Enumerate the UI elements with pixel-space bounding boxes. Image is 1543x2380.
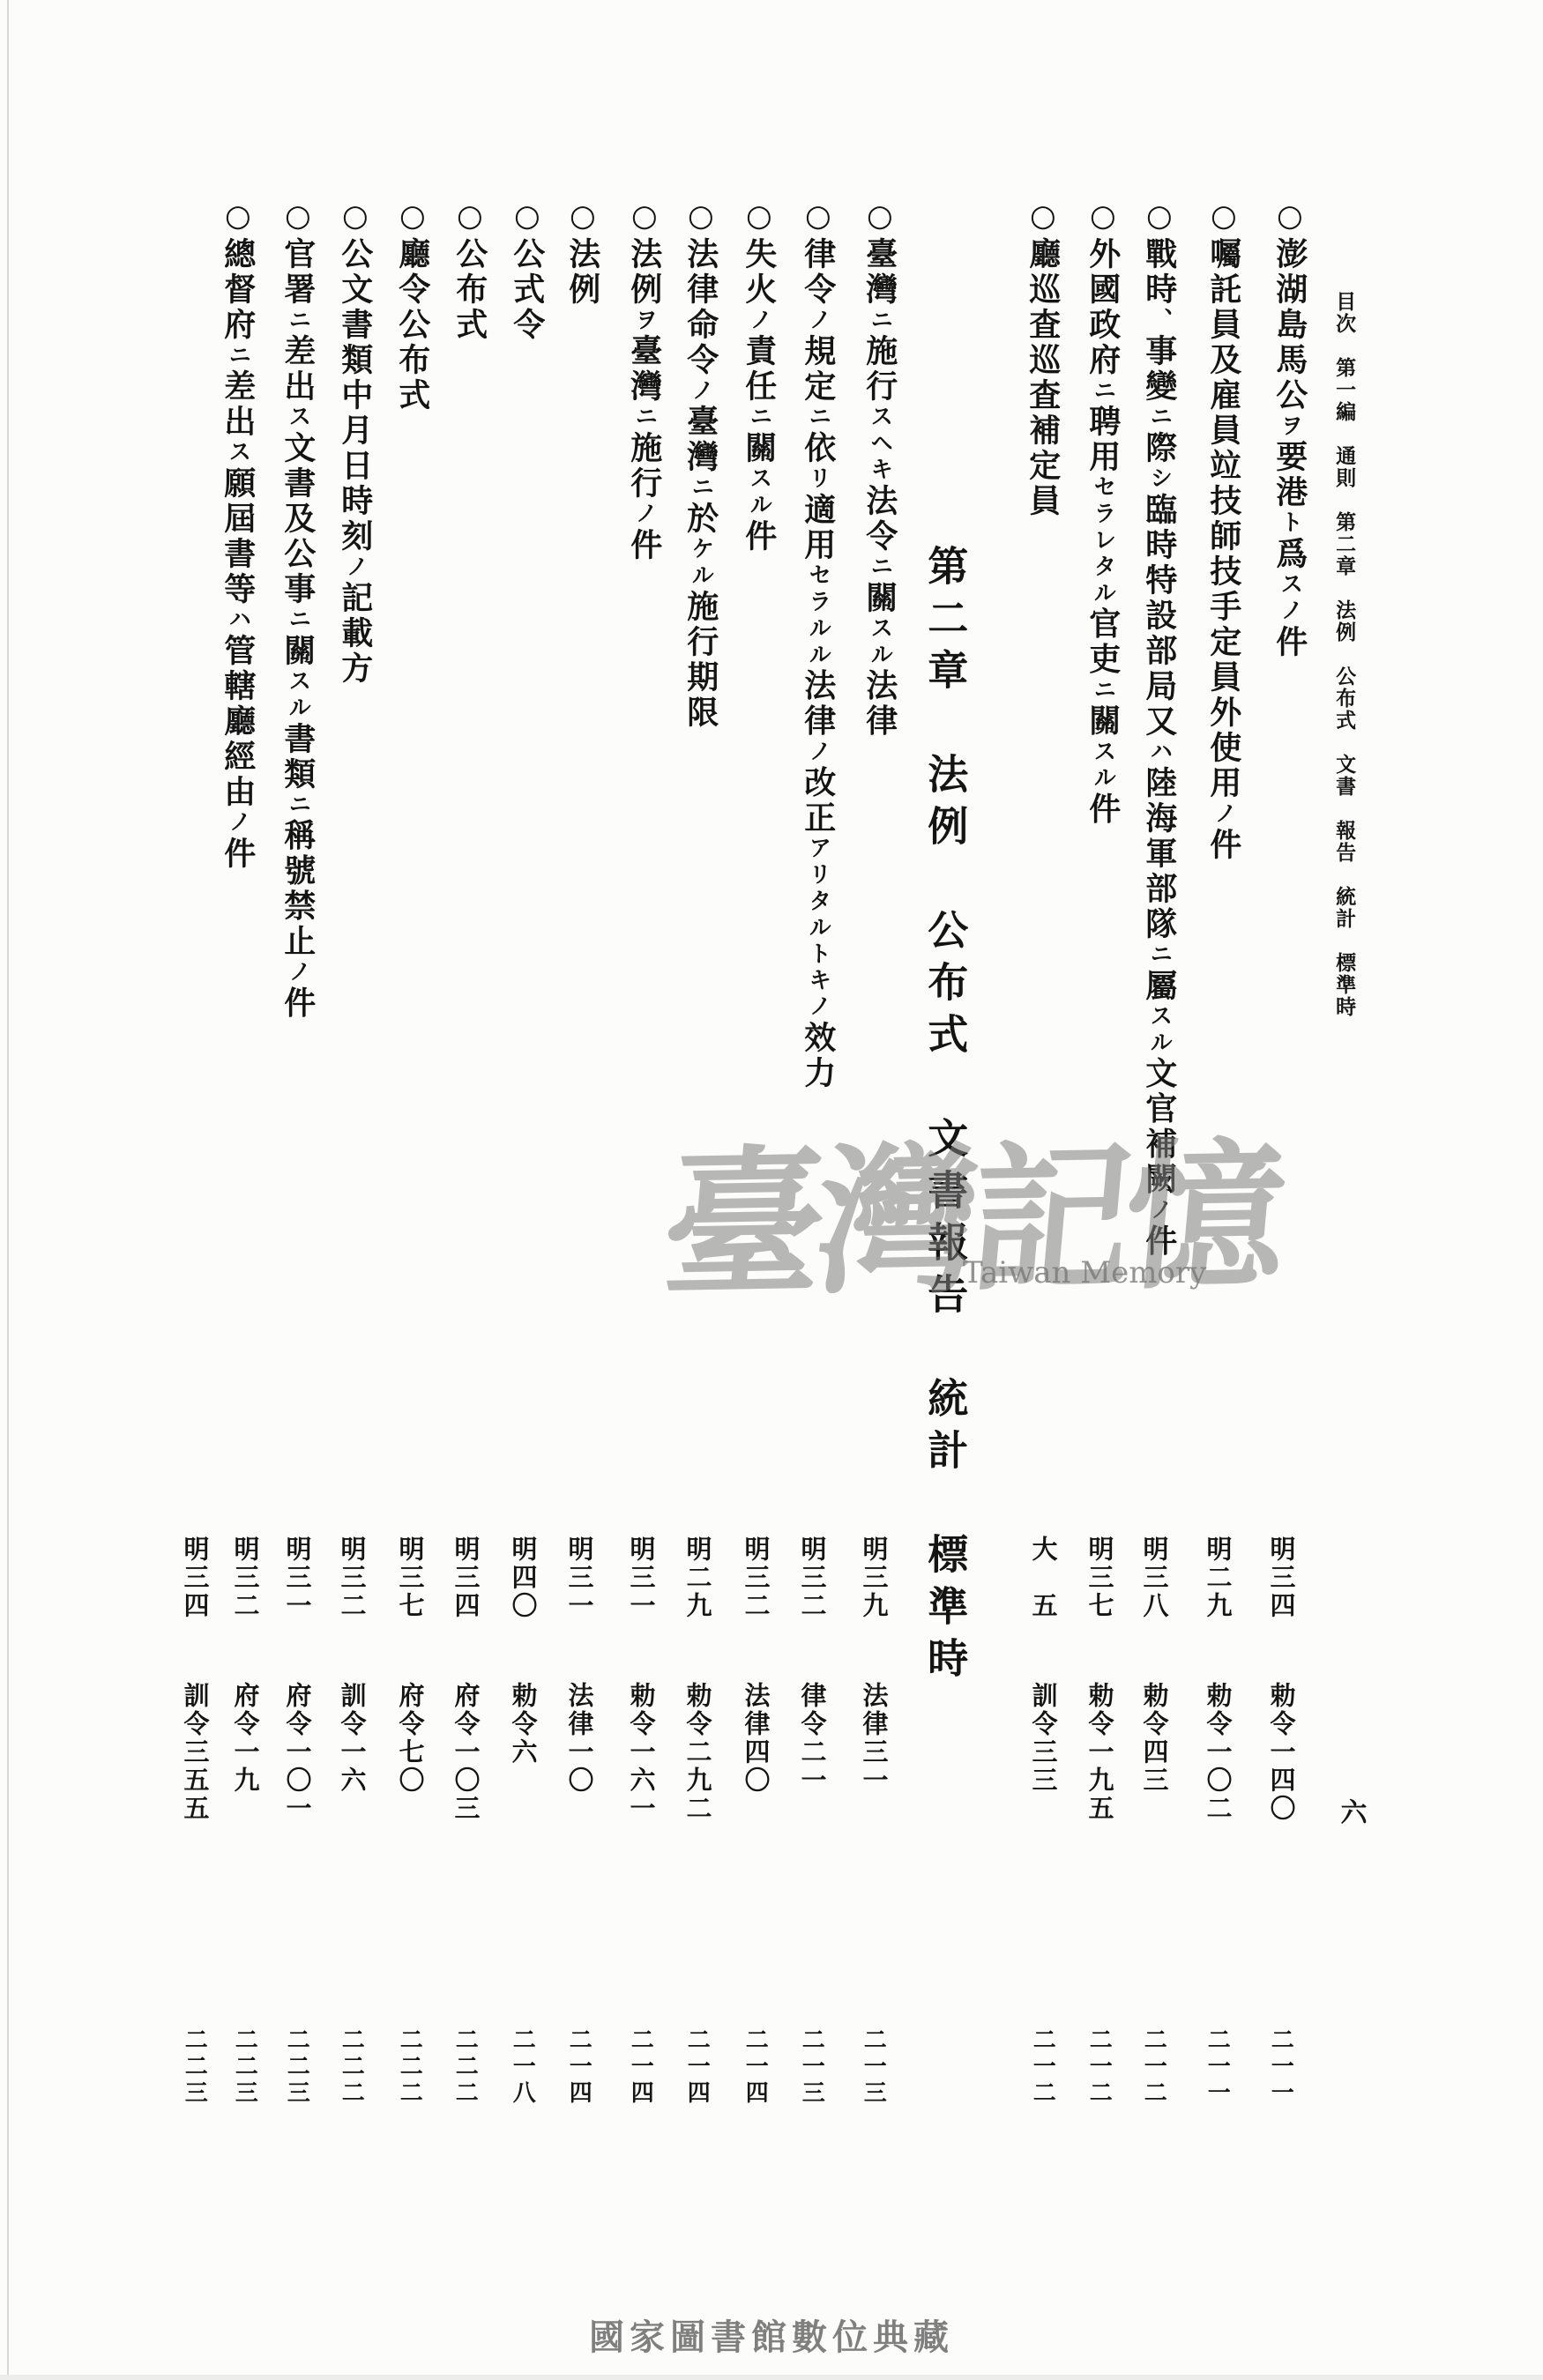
toc-entry-title: 外國政府ニ聘用セラレタル官吏ニ關スル件	[1085, 237, 1122, 827]
folio-page-number: 六	[1337, 1798, 1365, 1825]
entry-law-number: 勅令六	[510, 1682, 536, 1766]
entry-marker-circle-icon: ○	[1142, 198, 1177, 237]
entry-era-year: 明二九	[1204, 1536, 1231, 1620]
entry-law-number: 勅令一九五	[1086, 1682, 1113, 1823]
entry-marker-circle-icon: ○	[565, 198, 600, 237]
kana-char: ス	[746, 466, 772, 493]
entry-marker-circle-icon: ○	[452, 198, 488, 237]
entry-marker-circle-icon: ○	[862, 198, 898, 237]
toc-entry-title: 廳巡査巡査補定員	[1025, 237, 1062, 519]
kana-char: ニ	[285, 308, 311, 334]
entry-era-year: 明三四	[1268, 1536, 1294, 1620]
kana-char: ス	[285, 669, 311, 695]
kana-char: ラ	[1090, 502, 1116, 528]
toc-entry-title: 公文書類中月日時刻ノ記載方	[337, 237, 374, 687]
kana-char: ニ	[1090, 378, 1116, 405]
entry-marker-circle-icon: ○	[801, 198, 836, 237]
kana-char: ニ	[285, 792, 311, 819]
kana-char: ノ	[285, 960, 311, 986]
toc-entry-column: ○臺灣ニ施行スヘキ法令ニ關スル法律	[862, 198, 896, 739]
entry-law-number: 律令二一	[799, 1682, 825, 1795]
entry-marker-circle-icon: ○	[1085, 198, 1121, 237]
kana-char: ヘ	[867, 431, 893, 457]
toc-entry-column: ○法例ヲ臺灣ニ施行ノ件	[627, 198, 660, 563]
entry-era-year: 明四〇	[510, 1536, 536, 1620]
kana-char: ル	[1090, 765, 1116, 792]
kana-char: ラ	[805, 590, 831, 616]
entry-law-number: 勅令二九二	[684, 1682, 711, 1823]
kana-char: リ	[805, 862, 831, 889]
entry-era-year: 明三四	[452, 1536, 479, 1620]
kana-char: ノ	[805, 308, 831, 334]
toc-entry-column: ○總督府ニ差出ス願屆書等ハ管轄廳經由ノ件	[220, 198, 254, 872]
kana-char: ス	[867, 405, 893, 431]
scan-edge-bottom	[0, 2375, 1543, 2380]
running-head: 目次 第一編 通則 第二章 法例 公布式 文書 報告 統計 標準時	[1333, 291, 1354, 1018]
kana-char: ノ	[1277, 599, 1303, 625]
kana-char: ヲ	[631, 308, 658, 334]
toc-entry-title: 法律命令ノ臺灣ニ於ケル施行期限	[682, 237, 719, 731]
toc-entry-column: ○囑託員及雇員竝技師技手定員外使用ノ件	[1206, 198, 1240, 863]
entry-law-number: 府令一〇一	[284, 1682, 310, 1823]
kana-char: ル	[746, 493, 772, 519]
entry-page-number: 二二三	[182, 2027, 205, 2107]
entry-era-year: 明二九	[684, 1536, 711, 1620]
toc-entry-column: ○法律命令ノ臺灣ニ於ケル施行期限	[683, 198, 717, 731]
entry-page-number: 二一二	[1030, 2027, 1054, 2107]
entry-page-number: 二一四	[566, 2027, 590, 2107]
entry-marker-circle-icon: ○	[1272, 198, 1308, 237]
kana-char: ニ	[1146, 942, 1173, 969]
watermark-cjk: 臺灣記憶	[655, 1088, 1290, 1328]
kana-char: ス	[1090, 739, 1116, 765]
kana-char: ト	[1277, 510, 1303, 537]
entry-law-number: 法律一〇	[566, 1682, 593, 1795]
toc-entry-title: 廳令公布式	[394, 237, 431, 413]
entry-page-number: 二一三	[861, 2027, 884, 2107]
entry-law-number: 府令一九	[232, 1682, 258, 1795]
entry-page-number: 二一八	[510, 2027, 533, 2107]
entry-marker-circle-icon: ○	[627, 198, 662, 237]
entry-era-year: 明三二	[339, 1536, 365, 1620]
kana-char: キ	[867, 457, 893, 484]
toc-entry-column: ○公式令	[510, 198, 543, 343]
entry-law-number: 勅令一〇二	[1204, 1682, 1231, 1823]
kana-char: ノ	[631, 502, 658, 528]
entry-law-number: 法律三一	[861, 1682, 887, 1795]
kana-char: セ	[1090, 475, 1116, 502]
entry-era-year: 明三八	[1141, 1536, 1167, 1620]
kana-char: ル	[867, 643, 893, 669]
kana-char: ニ	[631, 405, 658, 431]
entry-law-number: 勅令一四〇	[1268, 1682, 1294, 1823]
toc-entry-column: ○公文書類中月日時刻ノ記載方	[338, 198, 371, 687]
kana-char: ハ	[1146, 740, 1173, 766]
toc-entry-column: ○法例	[565, 198, 599, 308]
toc-entry-column: ○官署ニ差出ス文書及公事ニ關スル書類ニ稱號禁止ノ件	[280, 198, 314, 1021]
kana-char: ス	[225, 440, 251, 466]
toc-entry-column: ○律令ノ規定ニ依リ適用セラルル法律ノ改正アリタルトキノ效力	[801, 198, 834, 1091]
kana-char: ニ	[805, 405, 831, 431]
kana-char: ル	[805, 915, 831, 941]
entry-marker-circle-icon: ○	[683, 198, 719, 237]
entry-marker-circle-icon: ○	[1025, 198, 1061, 237]
entry-law-number: 訓令三三	[1030, 1682, 1056, 1795]
kana-char: ヲ	[1277, 413, 1303, 440]
kana-char: ニ	[867, 554, 893, 581]
kana-char: リ	[805, 466, 831, 493]
entry-law-number: 府令七〇	[397, 1682, 423, 1795]
scanned-toc-page: 目次 第一編 通則 第二章 法例 公布式 文書 報告 統計 標準時 六 第二章 …	[0, 0, 1543, 2380]
watermark-latin: Taiwan Memory	[963, 1255, 1206, 1290]
entry-era-year: 明三二	[799, 1536, 825, 1620]
kana-char: ノ	[1211, 801, 1237, 828]
entry-page-number: 二二三	[232, 2027, 256, 2107]
kana-char: ル	[1146, 1030, 1173, 1057]
entry-page-number: 二二二	[339, 2027, 362, 2107]
entry-marker-circle-icon: ○	[338, 198, 373, 237]
kana-char: ケ	[688, 537, 714, 563]
toc-entry-title: 臺灣ニ施行スヘキ法令ニ關スル法律	[861, 237, 898, 739]
toc-entry-column: ○廳巡査巡査補定員	[1025, 198, 1059, 519]
kana-char: ノ	[342, 554, 369, 581]
kana-char: ニ	[1146, 405, 1173, 431]
kana-char: ノ	[805, 739, 831, 765]
entry-era-year: 明三一	[628, 1536, 654, 1620]
toc-entry-title: 失火ノ責任ニ關スル件	[741, 237, 778, 554]
entry-page-number: 二一四	[684, 2027, 708, 2107]
kana-char: ノ	[746, 308, 772, 334]
entry-law-number: 府令一〇三	[452, 1682, 479, 1823]
entry-page-number: 二一三	[799, 2027, 823, 2107]
entry-law-number: 法律四〇	[742, 1682, 769, 1795]
kana-char: シ	[1146, 466, 1173, 493]
entry-marker-circle-icon: ○	[220, 198, 256, 237]
scan-edge-line	[7, 0, 9, 2380]
kana-char: ル	[285, 695, 311, 722]
entry-page-number: 二一一	[1204, 2027, 1228, 2107]
toc-entry-title: 法例	[564, 237, 601, 308]
entry-marker-circle-icon: ○	[280, 198, 316, 237]
entry-page-number: 二二二	[397, 2027, 421, 2107]
entry-era-year: 明三一	[566, 1536, 593, 1620]
entry-law-number: 勅令一六一	[628, 1682, 654, 1823]
entry-marker-circle-icon: ○	[510, 198, 545, 237]
entry-law-number: 訓令一六	[339, 1682, 365, 1795]
kana-char: ノ	[688, 378, 714, 405]
toc-entry-column: ○失火ノ責任ニ關スル件	[742, 198, 775, 554]
kana-char: セ	[805, 563, 831, 590]
kana-char: ス	[1277, 572, 1303, 599]
entry-page-number: 二一二	[1086, 2027, 1110, 2107]
entry-marker-circle-icon: ○	[395, 198, 430, 237]
kana-char: ト	[805, 941, 831, 968]
kana-char: ハ	[225, 607, 251, 634]
entry-era-year: 明三七	[1086, 1536, 1113, 1620]
kana-char: ニ	[688, 475, 714, 502]
kana-char: ル	[805, 643, 831, 669]
kana-char: ニ	[867, 308, 893, 334]
toc-entry-title: 澎湖島馬公ヲ要港ト爲スノ件	[1271, 237, 1308, 660]
kana-char: ノ	[805, 994, 831, 1021]
kana-char: レ	[1090, 528, 1116, 554]
entry-marker-circle-icon: ○	[1206, 198, 1241, 237]
entry-era-year: 明三二	[742, 1536, 769, 1620]
entry-era-year: 明三七	[397, 1536, 423, 1620]
kana-char: ス	[285, 405, 311, 431]
kana-char: タ	[1090, 554, 1116, 581]
kana-char: 、	[1146, 308, 1173, 334]
toc-entry-title: 官署ニ差出ス文書及公事ニ關スル書類ニ稱號禁止ノ件	[280, 237, 317, 1021]
kana-char: ノ	[225, 810, 251, 837]
toc-entry-title: 律令ノ規定ニ依リ適用セラルル法律ノ改正アリタルトキノ效力	[800, 237, 837, 1091]
entry-law-number: 訓令三五五	[182, 1682, 208, 1823]
kana-char: ル	[1090, 581, 1116, 607]
entry-era-year: 明三二	[232, 1536, 258, 1620]
entry-marker-circle-icon: ○	[742, 198, 777, 237]
toc-entry-title: 法例ヲ臺灣ニ施行ノ件	[626, 237, 663, 563]
entry-page-number: 二一一	[1268, 2027, 1292, 2107]
toc-entry-column: ○公布式	[452, 198, 486, 343]
toc-entry-title: 公布式	[451, 237, 488, 343]
toc-entry-title: 公式令	[509, 237, 546, 343]
kana-char: ニ	[225, 343, 251, 369]
toc-entry-column: ○澎湖島馬公ヲ要港ト爲スノ件	[1272, 198, 1306, 660]
kana-char: タ	[805, 889, 831, 915]
entry-era-year: 大 五	[1030, 1536, 1056, 1620]
kana-char: ニ	[746, 405, 772, 431]
kana-char: ス	[1146, 1004, 1173, 1030]
kana-char: ア	[805, 836, 831, 862]
entry-page-number: 二二三	[284, 2027, 308, 2107]
entry-page-number: 二一四	[742, 2027, 766, 2107]
entry-page-number: 二一四	[628, 2027, 652, 2107]
kana-char: ニ	[1090, 678, 1116, 704]
toc-entry-title: 總督府ニ差出ス願屆書等ハ管轄廳經由ノ件	[220, 237, 257, 872]
kana-char: ス	[867, 616, 893, 643]
toc-entry-title: 囑託員及雇員竝技師技手定員外使用ノ件	[1205, 237, 1242, 863]
entry-era-year: 明三四	[182, 1536, 208, 1620]
library-footer-banner: 國家圖書館數位典藏	[0, 2309, 1543, 2360]
entry-page-number: 二一二	[1141, 2027, 1165, 2107]
entry-era-year: 明三一	[284, 1536, 310, 1620]
kana-char: ル	[805, 616, 831, 643]
toc-entry-column: ○外國政府ニ聘用セラレタル官吏ニ關スル件	[1085, 198, 1119, 827]
kana-char: キ	[805, 968, 831, 994]
entry-era-year: 明三九	[861, 1536, 887, 1620]
kana-char: ル	[688, 563, 714, 590]
entry-law-number: 勅令四三	[1141, 1682, 1167, 1795]
entry-page-number: 二二二	[452, 2027, 476, 2107]
toc-entry-column: ○廳令公布式	[395, 198, 429, 413]
kana-char: ニ	[285, 607, 311, 634]
